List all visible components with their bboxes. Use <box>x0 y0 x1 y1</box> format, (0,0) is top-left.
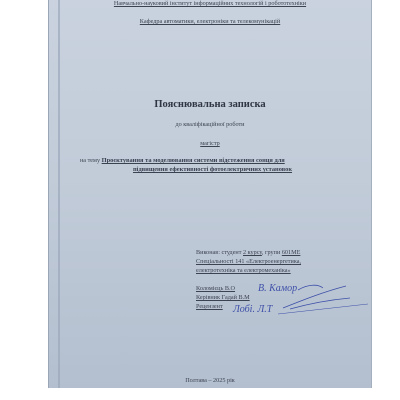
document-subtitle: до кваліфікаційної роботи <box>48 121 372 128</box>
topic-line-2: підвищення ефективності фотоелектричних … <box>133 166 292 173</box>
signatures-icon: В. Камор Лобі. Л.Т <box>228 278 368 318</box>
performer-prefix: Виконав: студент <box>196 249 241 256</box>
footer-city-year: Полтава – 2025 рік <box>48 377 372 384</box>
reviewer-label: Рецензент <box>196 303 223 310</box>
degree-label: магістр <box>48 140 372 147</box>
performer-line-1: Виконав: студент 2 курсу, групи 601МЕ <box>196 249 300 256</box>
svg-text:В. Камор: В. Камор <box>258 283 297 294</box>
group-label: , групи <box>262 249 280 256</box>
department-name: Кафедра автоматики, електроніки та телек… <box>48 18 372 25</box>
performer-group: 601МЕ <box>282 249 301 256</box>
performer-course: 2 курсу <box>243 249 262 256</box>
performer-line-2: Спеціальності 141 «Електроенергетика, <box>196 258 301 265</box>
institute-name: Навчально-науковий інститут інформаційни… <box>48 0 372 7</box>
svg-text:Лобі. Л.Т: Лобі. Л.Т <box>232 304 274 315</box>
page-fold-line <box>58 0 60 388</box>
performer-line-3: електротехніка та електромеханіка» <box>196 267 291 274</box>
document-title: Пояснювальна записка <box>48 99 372 110</box>
topic-line-1: Проєктування та моделювання системи відс… <box>102 157 285 164</box>
topic-prefix: на тему <box>80 157 100 164</box>
document-page: Навчально-науковий інститут інформаційни… <box>48 0 372 388</box>
topic-block: на тему Проєктування та моделювання сист… <box>80 157 285 164</box>
